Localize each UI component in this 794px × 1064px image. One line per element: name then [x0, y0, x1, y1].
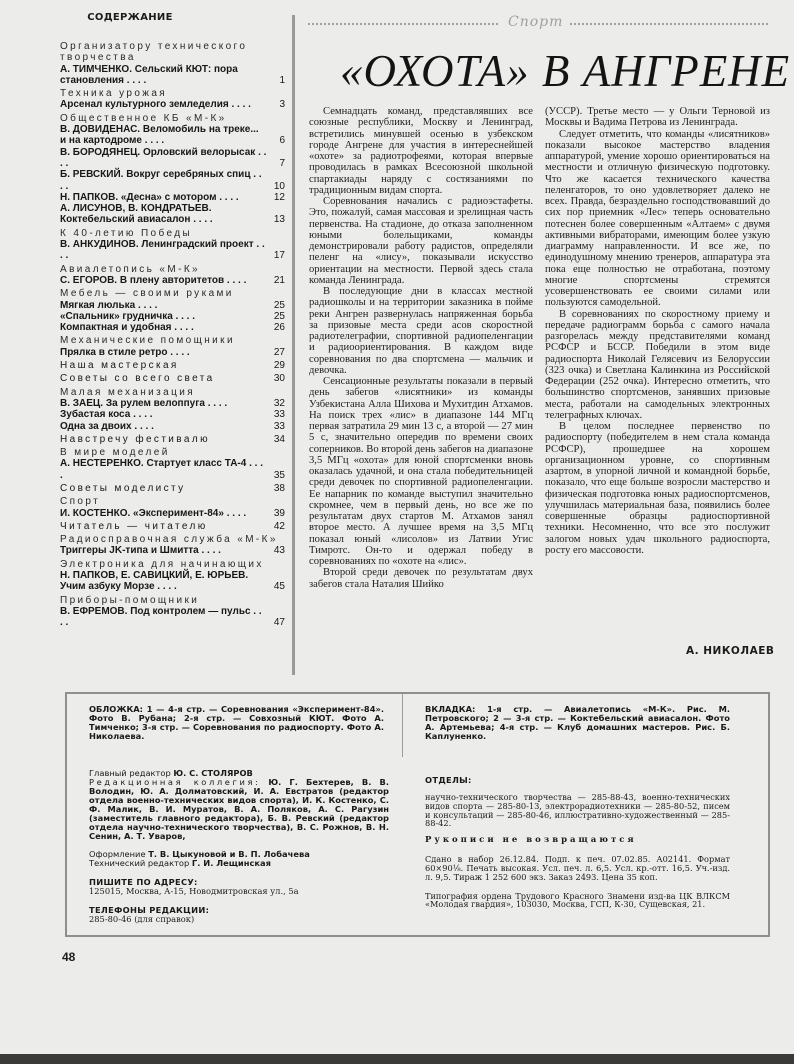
toc-page-number: 34 — [274, 434, 285, 445]
toc-entry-title: Навстречу фестивалю — [60, 434, 210, 445]
toc-leader-dots: . . . . — [224, 508, 246, 519]
toc-section-heading: К 40-летию Победы — [60, 228, 285, 239]
wavy-rule-right — [570, 23, 768, 29]
address: 125015, Москва, А-15, Новодмитровская ул… — [89, 887, 389, 896]
toc-page-number: 33 — [274, 409, 285, 420]
toc-entry[interactable]: Одна за двоих . . . .33 — [60, 421, 285, 432]
toc-entry[interactable]: В. АНКУДИНОВ. Ленинградский проект . . .… — [60, 239, 285, 262]
toc-entry[interactable]: Советы со всего света30 — [60, 373, 285, 384]
toc-section-heading: Авиалетопись «М-К» — [60, 264, 285, 275]
toc-leader-dots: . . . . — [130, 409, 152, 420]
toc-entry[interactable]: Б. РЕВСКИЙ. Вокруг серебряных спиц . . .… — [60, 169, 285, 192]
table-of-contents: СОДЕРЖАНИЕ Организатору технического тво… — [60, 12, 285, 629]
toc-entry[interactable]: Советы моделисту38 — [60, 483, 285, 494]
toc-page-number: 29 — [274, 360, 285, 371]
toc-entry-title: Советы моделисту — [60, 483, 186, 494]
toc-leader-dots: . . . . — [199, 545, 221, 556]
toc-leader-dots: . . . . — [132, 421, 154, 432]
toc-entry-title: Орловский велорысак — [143, 147, 255, 158]
toc-entry-title: Мягкая люлька — [60, 300, 135, 311]
credits-divider — [402, 694, 403, 757]
toc-entry-author: В. АНКУДИНОВ. — [60, 239, 139, 250]
magazine-page: СОДЕРЖАНИЕ Организатору технического тво… — [0, 0, 794, 1064]
toc-leader-dots: . . . . — [173, 311, 195, 322]
toc-entry[interactable]: Компактная и удобная . . . .26 — [60, 322, 285, 333]
paragraph: Следует отметить, что команды «лисятнико… — [545, 129, 770, 309]
article-byline: А. НИКОЛАЕВ — [686, 645, 774, 657]
toc-page-number: 39 — [274, 508, 285, 519]
toc-entry-author: Н. ПАПКОВ. — [60, 192, 118, 203]
toc-section-heading: Спорт — [60, 496, 285, 507]
toc-leader-dots: . . . . — [229, 99, 251, 110]
toc-title: СОДЕРЖАНИЕ — [50, 12, 210, 23]
paragraph: Семнадцать команд, представлявших все со… — [309, 106, 533, 196]
toc-page-number: 10 — [274, 181, 285, 192]
toc-section-heading: Радиосправочная служба «М-К» — [60, 534, 285, 545]
toc-page-number: 3 — [279, 99, 285, 110]
toc-entry-title: Учим азбуку Морзе — [60, 581, 155, 592]
toc-entry-title: Компактная и удобная — [60, 322, 172, 333]
toc-entry[interactable]: Навстречу фестивалю34 — [60, 434, 285, 445]
imprint-box: ОБЛОЖКА: 1 — 4-я стр. — Соревнования «Эк… — [65, 692, 770, 937]
toc-entry-author: А. ЛИСУНОВ, В. КОНДРАТЬЕВ. — [60, 203, 212, 214]
toc-entry-author: А. НЕСТЕРЕНКО. — [60, 458, 144, 469]
toc-page-number: 6 — [279, 135, 285, 146]
toc-entry[interactable]: Читатель — читателю42 — [60, 521, 285, 532]
toc-leader-dots: . . . . — [167, 347, 189, 358]
toc-entry-author: А. ТИМЧЕНКО. — [60, 64, 132, 75]
toc-entry-author: С. ЕГОРОВ. — [60, 275, 117, 286]
toc-entry-title: Под контролем — пульс — [130, 606, 250, 617]
toc-entry-author: Н. ПАПКОВ, Е. САВИЦКИЙ, Е. ЮРЬЕВ. — [60, 570, 248, 581]
toc-leader-dots: . . . . — [224, 275, 246, 286]
toc-entry[interactable]: А. ЛИСУНОВ, В. КОНДРАТЬЕВ. Коктебельский… — [60, 203, 285, 226]
paragraph: В последующие дни в классах местной ради… — [309, 286, 533, 376]
toc-entry[interactable]: А. НЕСТЕРЕНКО. Стартует класс ТА-4 . . .… — [60, 458, 285, 481]
rubric-label: Спорт — [508, 14, 563, 30]
phones: 285-80-46 (для справок) — [89, 915, 389, 924]
wavy-rule-left — [308, 23, 498, 29]
toc-section-heading: Электроника для начинающих — [60, 559, 285, 570]
board-members: Ю. Г. Бехтерев, В. В. Володин, Ю. А. Дол… — [89, 777, 389, 841]
toc-entry[interactable]: В. ЗАЕЦ. За рулем велоппуга . . . .32 — [60, 398, 285, 409]
toc-leader-dots: . . . . — [172, 322, 194, 333]
cover-credits: ОБЛОЖКА: 1 — 4-я стр. — Соревнования «Эк… — [89, 705, 384, 741]
toc-page-number: 42 — [274, 521, 285, 532]
toc-entry[interactable]: В. ЕФРЕМОВ. Под контролем — пульс . . . … — [60, 606, 285, 629]
article-column-2: (УССР). Третье место — у Ольги Терновой … — [545, 106, 770, 556]
toc-page-number: 45 — [274, 581, 285, 592]
tech-editor-label: Технический редактор — [89, 858, 189, 868]
toc-entry-author: В. ДОВИДЕНАС. — [60, 124, 140, 135]
toc-page-number: 33 — [274, 421, 285, 432]
toc-section-heading: Малая механизация — [60, 387, 285, 398]
toc-entry-title: Коктебельский авиасалон — [60, 214, 190, 225]
toc-section-heading: Организатору технического творчества — [60, 41, 285, 64]
toc-entry-title: Ленинградский проект — [141, 239, 253, 250]
toc-leader-dots: . . . . — [135, 300, 157, 311]
toc-section-heading: Мебель — своими руками — [60, 288, 285, 299]
tech-editor-name: Г. И. Лещинская — [192, 858, 271, 868]
toc-entry-title: Триггеры JK-типа и Шмитта — [60, 545, 199, 556]
toc-leader-dots: . . . . — [142, 135, 164, 146]
toc-entry-title: Наша мастерская — [60, 360, 179, 371]
toc-entry-title: Советы со всего света — [60, 373, 215, 384]
toc-page-number: 7 — [279, 158, 285, 169]
toc-page-number: 32 — [274, 398, 285, 409]
toc-section-heading: Общественное КБ «М-К» — [60, 113, 285, 124]
insert-credits: ВКЛАДКА: 1-я стр. — Авиалетопись «М-К». … — [425, 705, 730, 741]
toc-section-heading: В мире моделей — [60, 447, 285, 458]
toc-entry[interactable]: А. ТИМЧЕНКО. Сельский КЮТ: пора становле… — [60, 64, 285, 87]
toc-entry[interactable]: «Спальник» грудничка . . . .25 — [60, 311, 285, 322]
toc-leader-dots: . . . . — [216, 192, 238, 203]
page-number: 48 — [62, 950, 75, 964]
toc-page-number: 25 — [274, 311, 285, 322]
toc-leader-dots: . . . . — [155, 581, 177, 592]
toc-page-number: 30 — [274, 373, 285, 384]
toc-entry-author: В. БОРОДЯНЕЦ. — [60, 147, 140, 158]
toc-entry-title: «Спальник» грудничка — [60, 311, 173, 322]
toc-entry[interactable]: В. ДОВИДЕНАС. Веломобиль на треке... и н… — [60, 124, 285, 147]
toc-entry-author: В. ЗАЕЦ. — [60, 398, 103, 409]
toc-entry-title: Зубастая коса — [60, 409, 130, 420]
toc-page-number: 26 — [274, 322, 285, 333]
toc-leader-dots: . . . . — [124, 75, 146, 86]
toc-entry[interactable]: Прялка в стиле ретро . . . .27 — [60, 347, 285, 358]
editorial-staff: Главный редактор Ю. С. СТОЛЯРОВ Редакцио… — [89, 769, 389, 924]
printer-info: Типография ордена Трудового Красного Зна… — [425, 892, 730, 910]
toc-page-number: 25 — [274, 300, 285, 311]
article-headline: «ОХОТА» В АНГРЕНЕ — [340, 45, 740, 97]
toc-page-number: 13 — [274, 214, 285, 225]
toc-entry[interactable]: С. ЕГОРОВ. В плену авторитетов . . . .21 — [60, 275, 285, 286]
toc-entry-author: И. КОСТЕНКО. — [60, 508, 130, 519]
toc-entry[interactable]: В. БОРОДЯНЕЦ. Орловский велорысак . . . … — [60, 147, 285, 170]
paragraph: Соревнования начались с радиоэстафеты. Э… — [309, 196, 533, 286]
toc-entry[interactable]: Зубастая коса . . . .33 — [60, 409, 285, 420]
toc-entry-title: Арсенал культурного земледелия — [60, 99, 229, 110]
toc-list: Организатору технического творчестваА. Т… — [60, 41, 285, 629]
toc-entry[interactable]: Н. ПАПКОВ, Е. САВИЦКИЙ, Е. ЮРЬЕВ. Учим а… — [60, 570, 285, 593]
departments-block: ОТДЕЛЫ: научно-технического творчества —… — [425, 776, 730, 909]
toc-entry-title: В плену авторитетов — [120, 275, 224, 286]
toc-entry-title: Прялка в стиле ретро — [60, 347, 167, 358]
toc-page-number: 27 — [274, 347, 285, 358]
paragraph: (УССР). Третье место — у Ольги Терновой … — [545, 106, 770, 129]
toc-entry[interactable]: Мягкая люлька . . . .25 — [60, 300, 285, 311]
toc-section-heading: Механические помощники — [60, 335, 285, 346]
toc-entry[interactable]: И. КОСТЕНКО. «Эксперимент-84» . . . .39 — [60, 508, 285, 519]
toc-entry-author: В. ЕФРЕМОВ. — [60, 606, 127, 617]
article-column-1: Семнадцать команд, представлявших все со… — [309, 106, 533, 590]
toc-page-number: 21 — [274, 275, 285, 286]
toc-page-number: 1 — [279, 75, 285, 86]
departments-header: ОТДЕЛЫ: — [425, 776, 730, 785]
toc-page-number: 47 — [274, 617, 285, 628]
paragraph: Второй среди девочек по результатам двух… — [309, 567, 533, 590]
no-return-notice: Рукописи не возвращаются — [425, 836, 730, 845]
toc-entry-title: Читатель — читателю — [60, 521, 208, 532]
toc-entry-author: Б. РЕВСКИЙ. — [60, 169, 123, 180]
toc-leader-dots: . . . . — [205, 398, 227, 409]
toc-entry-title: «Эксперимент-84» — [133, 508, 224, 519]
toc-entry-title: Одна за двоих — [60, 421, 132, 432]
toc-entry-title: За рулем велоппуга — [106, 398, 205, 409]
toc-entry-title: «Десна» с мотором — [121, 192, 217, 203]
departments-text: научно-технического творчества — 285-88-… — [425, 793, 730, 828]
paragraph: В соревнованиях по скоростному приему и … — [545, 309, 770, 422]
column-divider — [292, 15, 295, 675]
section-rubric: Спорт — [308, 14, 768, 34]
toc-page-number: 38 — [274, 483, 285, 494]
toc-entry[interactable]: Н. ПАПКОВ. «Десна» с мотором . . . .12 — [60, 192, 285, 203]
toc-entry[interactable]: Триггеры JK-типа и Шмитта . . . .43 — [60, 545, 285, 556]
toc-page-number: 17 — [274, 250, 285, 261]
paragraph: Сенсационные результаты показали в первы… — [309, 376, 533, 567]
toc-page-number: 35 — [274, 470, 285, 481]
toc-entry-title: Стартует класс ТА-4 — [146, 458, 246, 469]
toc-entry-title: Вокруг серебряных спиц — [126, 169, 250, 180]
toc-section-heading: Приборы-помощники — [60, 595, 285, 606]
page-edge-shadow — [0, 1054, 794, 1064]
toc-entry[interactable]: Наша мастерская29 — [60, 360, 285, 371]
toc-leader-dots: . . . . — [190, 214, 212, 225]
toc-page-number: 43 — [274, 545, 285, 556]
paragraph: В целом последнее первенство по радиоспо… — [545, 421, 770, 556]
toc-page-number: 12 — [274, 192, 285, 203]
toc-entry[interactable]: Арсенал культурного земледелия . . . .3 — [60, 99, 285, 110]
toc-section-heading: Техника урожая — [60, 88, 285, 99]
print-info: Сдано в набор 26.12.84. Подп. к печ. 07.… — [425, 855, 730, 881]
